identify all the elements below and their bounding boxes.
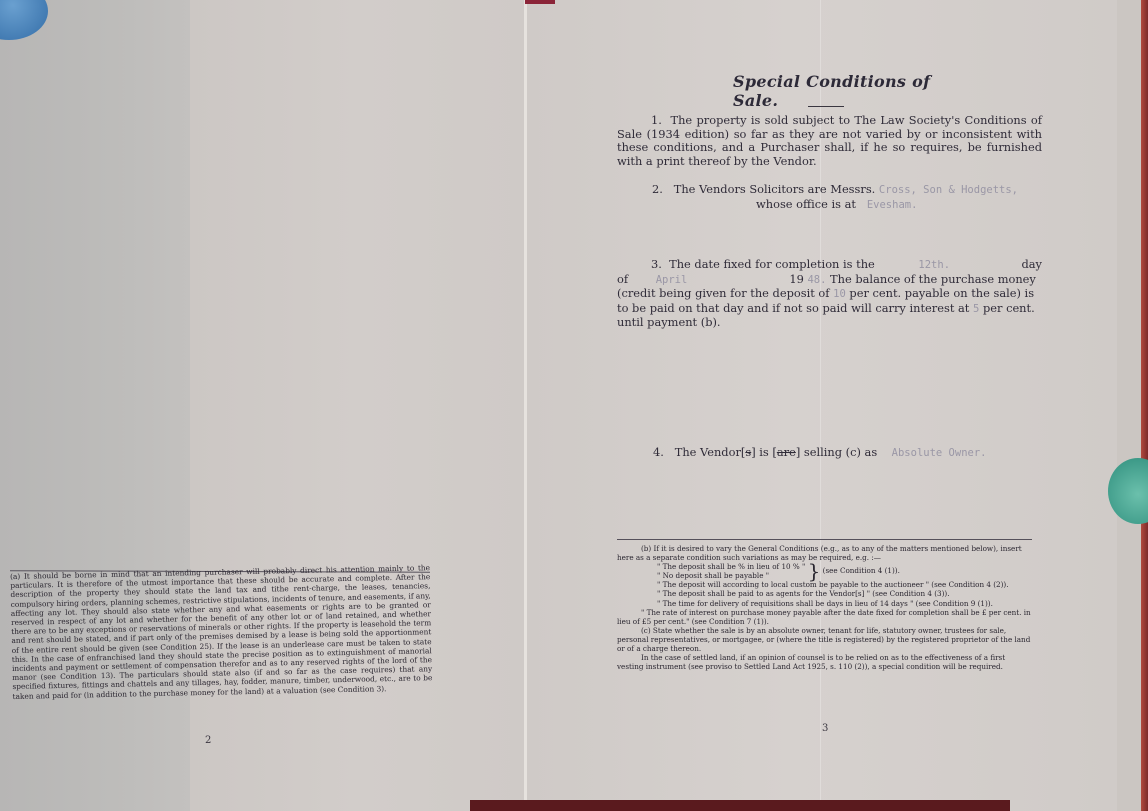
typed-deposit: 10 (833, 288, 846, 300)
footnote-rule-right (617, 539, 1032, 540)
brace-icon: } (808, 566, 821, 576)
condition-2: 2. The Vendors Solicitors are Messrs. Cr… (652, 183, 1042, 212)
footnote-a: (a) It should be borne in mind that an i… (10, 563, 433, 701)
red-cover-edge (1141, 0, 1148, 811)
typed-month: April (632, 274, 786, 288)
document-spread: Special Conditions of Sale. 1. The prope… (0, 0, 1148, 811)
footnote-b: (b) If it is desired to vary the General… (617, 544, 1033, 671)
top-binding (525, 0, 555, 4)
condition-4: 4. The Vendor[s] is [are] selling (c) as… (653, 446, 1043, 461)
bottom-binding (470, 800, 1010, 811)
title-rule (808, 106, 844, 107)
typed-day: 12th. (878, 259, 950, 271)
typed-capacity: Absolute Owner. (892, 447, 987, 459)
typed-solicitors: Cross, Son & Hodgetts, (879, 184, 1018, 196)
page-title: Special Conditions of Sale. (733, 72, 933, 110)
condition-1: 1. The property is sold subject to The L… (617, 114, 1042, 168)
page-number-right: 3 (822, 723, 828, 734)
page-number-left: 2 (205, 735, 211, 746)
typed-interest: 5 (973, 303, 979, 315)
typed-office: Evesham. (867, 199, 918, 211)
typed-year: 48. (807, 274, 826, 286)
condition-3: 3. The date fixed for completion is the … (617, 258, 1042, 330)
